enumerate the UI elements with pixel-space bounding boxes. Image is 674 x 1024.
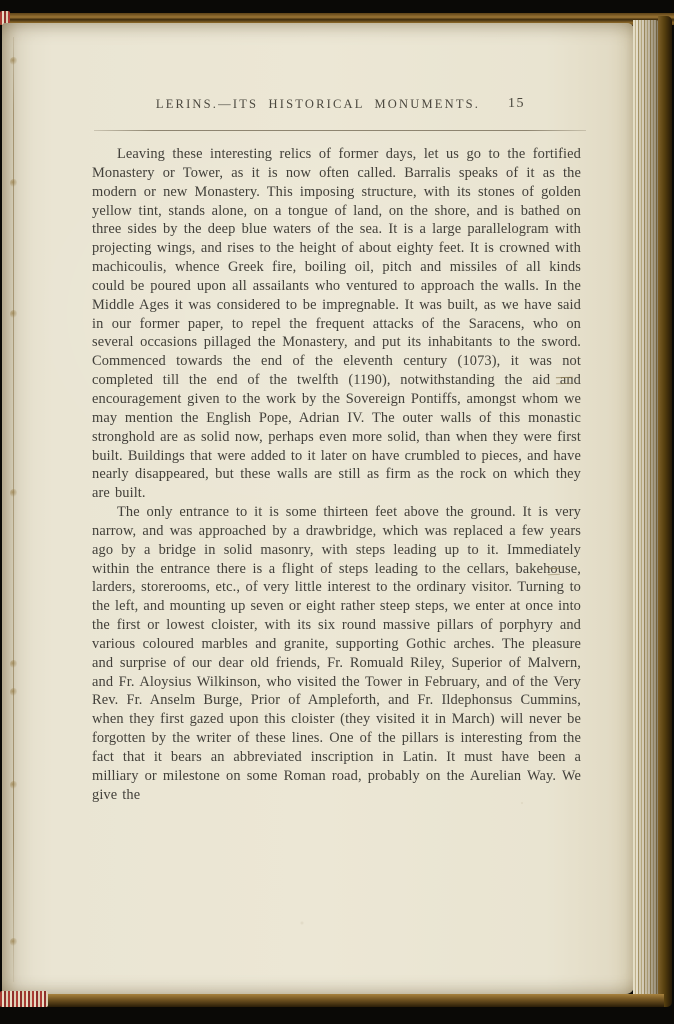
fore-edge-page-stack [633,20,659,1001]
stitch-mark [10,179,17,187]
book-cover-right-edge [658,16,672,1007]
page-number: 15 [508,96,525,112]
headband-bottom [0,991,48,1007]
scratch-mark [556,377,573,385]
stitch-mark [10,688,17,696]
header-rule [94,130,586,131]
book-bottom-edge [0,994,664,1007]
stitch-mark [10,310,17,318]
running-header-title: LERINS.—ITS HISTORICAL MONUMENTS. [62,97,574,112]
body-text: Leaving these interesting relics of form… [92,145,581,805]
stitch-mark [10,938,17,946]
book-photo: LERINS.—ITS HISTORICAL MONUMENTS. 15 Lea… [0,0,674,1024]
scratch-mark [548,568,560,575]
paragraph: Leaving these interesting relics of form… [92,145,581,503]
stitch-mark [10,57,17,65]
stitch-mark [10,781,17,789]
stitch-mark [10,489,17,497]
paragraph: The only entrance to it is some thirteen… [92,503,581,805]
book-page: LERINS.—ITS HISTORICAL MONUMENTS. 15 Lea… [2,23,634,994]
stitch-mark [10,660,17,668]
